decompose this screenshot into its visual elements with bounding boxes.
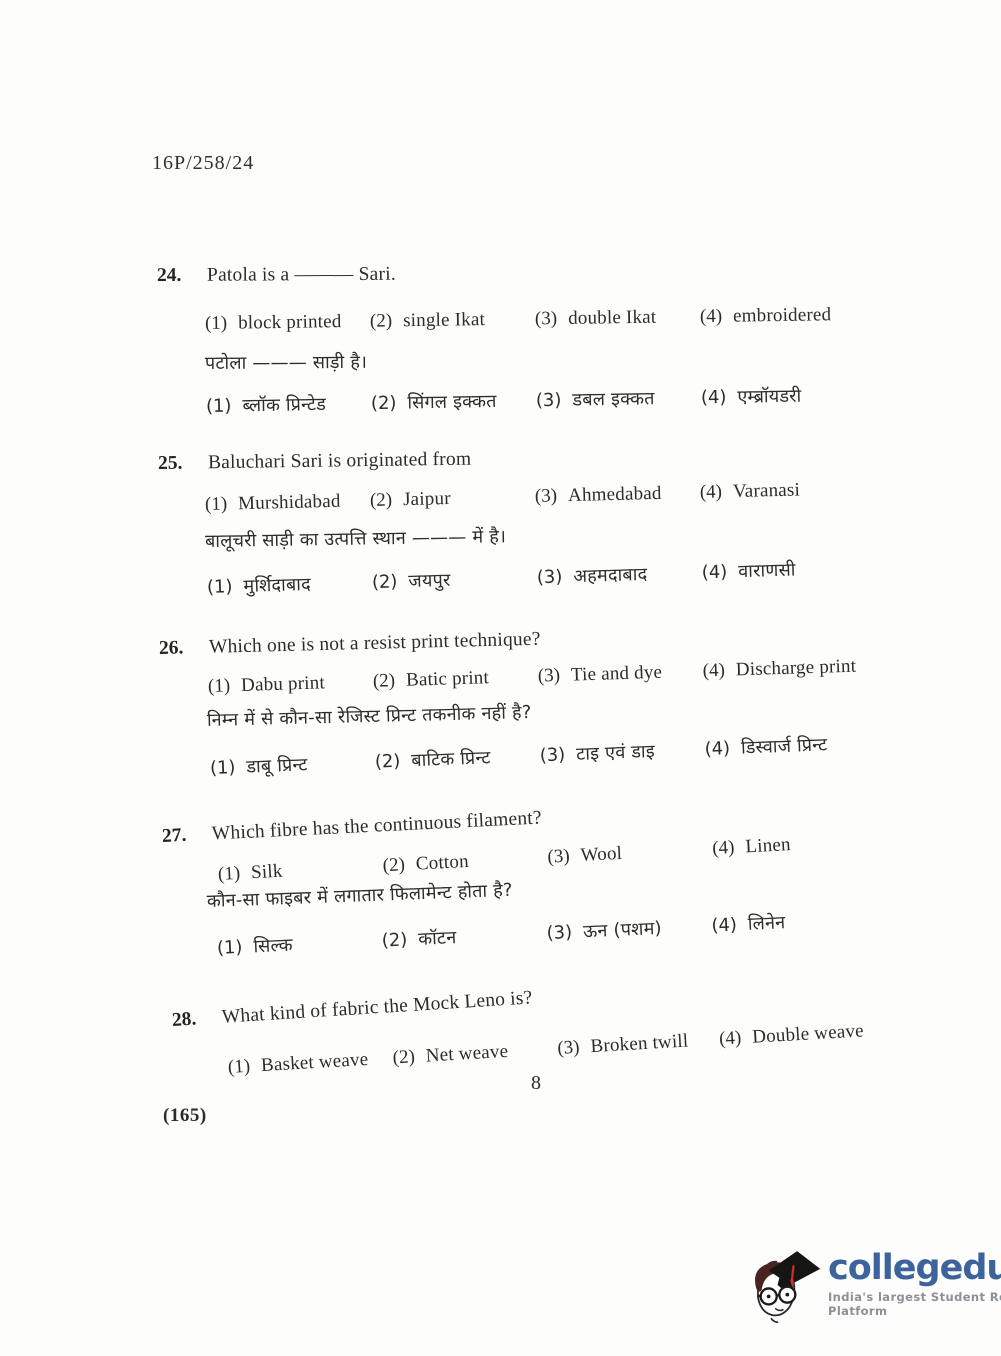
option-2: (2)जयपुर	[372, 565, 538, 596]
option-1: (1)डाबू प्रिन्ट	[210, 750, 376, 782]
collegedunia-mascot-icon	[740, 1244, 824, 1324]
question-27-english: 27. Which fibre has the continuous filam…	[161, 805, 542, 850]
option-2: (2)Batic print	[373, 664, 539, 695]
question-24-hindi: पटोला ——— साड़ी है।	[205, 350, 367, 377]
collegedunia-logo: collegedunia com India's largest Student…	[740, 1244, 1001, 1324]
question-number: 26.	[159, 635, 194, 662]
option-4: (4)डिस्वार्ज प्रिन्ट	[704, 732, 828, 763]
question-text: Baluchari Sari is originated from	[208, 447, 472, 477]
option-2: (2)Jaipur	[370, 484, 536, 514]
question-text: Which one is not a resist print techniqu…	[209, 627, 541, 661]
question-number: 28.	[171, 1006, 207, 1034]
question-25-english-options: (1)Murshidabad (2)Jaipur (3)Ahmedabad (4…	[205, 477, 801, 518]
question-text: Which fibre has the continuous filament?	[211, 805, 542, 847]
scanned-question-paper-page: 16P/258/24 24. Patola is a ——— Sari. (1)…	[0, 0, 1001, 1356]
question-25-english: 25. Baluchari Sari is originated from	[158, 447, 472, 477]
option-2: (2)Cotton	[382, 845, 548, 880]
option-1: (1)Basket weave	[227, 1046, 393, 1081]
question-26-english-options: (1)Dabu print (2)Batic print (3)Tie and …	[208, 654, 857, 700]
option-4: (4)एम्ब्रॉयडरी	[701, 384, 802, 412]
question-number: 24.	[157, 263, 191, 289]
question-24-hindi-options: (1)ब्लॉक प्रिन्टेड (2)सिंगल इक्कत (3)डबल…	[206, 384, 802, 420]
option-3: (3)Tie and dye	[537, 658, 703, 689]
option-3: (3)ऊन (पशम)	[546, 914, 712, 947]
option-4: (4)वाराणसी	[701, 558, 796, 587]
option-2: (2)Net weave	[392, 1036, 558, 1071]
question-28-english-options: (1)Basket weave (2)Net weave (3)Broken t…	[227, 1018, 864, 1081]
question-26-english: 26. Which one is not a resist print tech…	[159, 627, 541, 662]
option-3: (3)Ahmedabad	[535, 480, 701, 510]
option-3: (3)Wool	[547, 836, 713, 871]
question-25-hindi: बालूचरी साड़ी का उत्पत्ति स्थान ——— में …	[205, 524, 506, 555]
option-1: (1)block printed	[205, 309, 370, 337]
option-3: (3)डबल इक्कत	[536, 385, 701, 414]
option-1: (1)ब्लॉक प्रिन्टेड	[206, 391, 371, 420]
paper-code: 16P/258/24	[152, 150, 254, 176]
option-1: (1)मुर्शिदाबाद	[207, 570, 373, 601]
question-27-hindi-options: (1)सिल्क (2)कॉटन (3)ऊन (पशम) (4)लिनेन	[216, 910, 786, 962]
page-number: 8	[531, 1070, 541, 1096]
option-1: (1)Murshidabad	[205, 488, 371, 518]
question-24-english-options: (1)block printed (2)single Ikat (3)doubl…	[205, 302, 832, 337]
option-3: (3)टाइ एवं डाइ	[539, 737, 705, 769]
option-3: (3)double Ikat	[535, 304, 700, 332]
logo-text: collegedunia com India's largest Student…	[828, 1250, 1001, 1318]
booklet-code: (165)	[163, 1103, 207, 1129]
option-2: (2)single Ikat	[370, 306, 535, 334]
option-1: (1)Dabu print	[208, 669, 374, 700]
option-4: (4)लिनेन	[711, 910, 786, 939]
option-1: (1)सिल्क	[216, 929, 382, 962]
option-3: (3)Broken twill	[557, 1027, 720, 1062]
question-number: 27.	[161, 822, 196, 850]
option-4: (4)Double weave	[718, 1018, 864, 1052]
brand-name: collegedunia	[828, 1250, 1001, 1286]
question-28-english: 28. What kind of fabric the Mock Leno is…	[171, 985, 533, 1034]
question-text: What kind of fabric the Mock Leno is?	[221, 985, 533, 1030]
option-4: (4)Varanasi	[700, 477, 801, 505]
option-4: (4)Linen	[712, 832, 792, 862]
question-text: Patola is a ——— Sari.	[207, 262, 396, 289]
option-2: (2)कॉटन	[381, 921, 547, 954]
question-26-hindi-options: (1)डाबू प्रिन्ट (2)बाटिक प्रिन्ट (3)टाइ …	[210, 732, 828, 782]
option-2: (2)बाटिक प्रिन्ट	[374, 743, 540, 775]
option-2: (2)सिंगल इक्कत	[371, 388, 536, 417]
option-4: (4)Discharge print	[702, 654, 856, 685]
question-25-hindi-options: (1)मुर्शिदाबाद (2)जयपुर (3)अहमदाबाद (4)व…	[207, 558, 796, 601]
question-24-english: 24. Patola is a ——— Sari.	[157, 262, 396, 289]
question-number: 25.	[158, 451, 192, 477]
option-3: (3)अहमदाबाद	[536, 560, 702, 591]
brand-tagline: India's largest Student Review Platform	[828, 1290, 1001, 1318]
option-4: (4)embroidered	[700, 302, 832, 330]
question-26-hindi: निम्न में से कौन-सा रेजिस्ट प्रिन्ट तकनी…	[207, 700, 532, 734]
